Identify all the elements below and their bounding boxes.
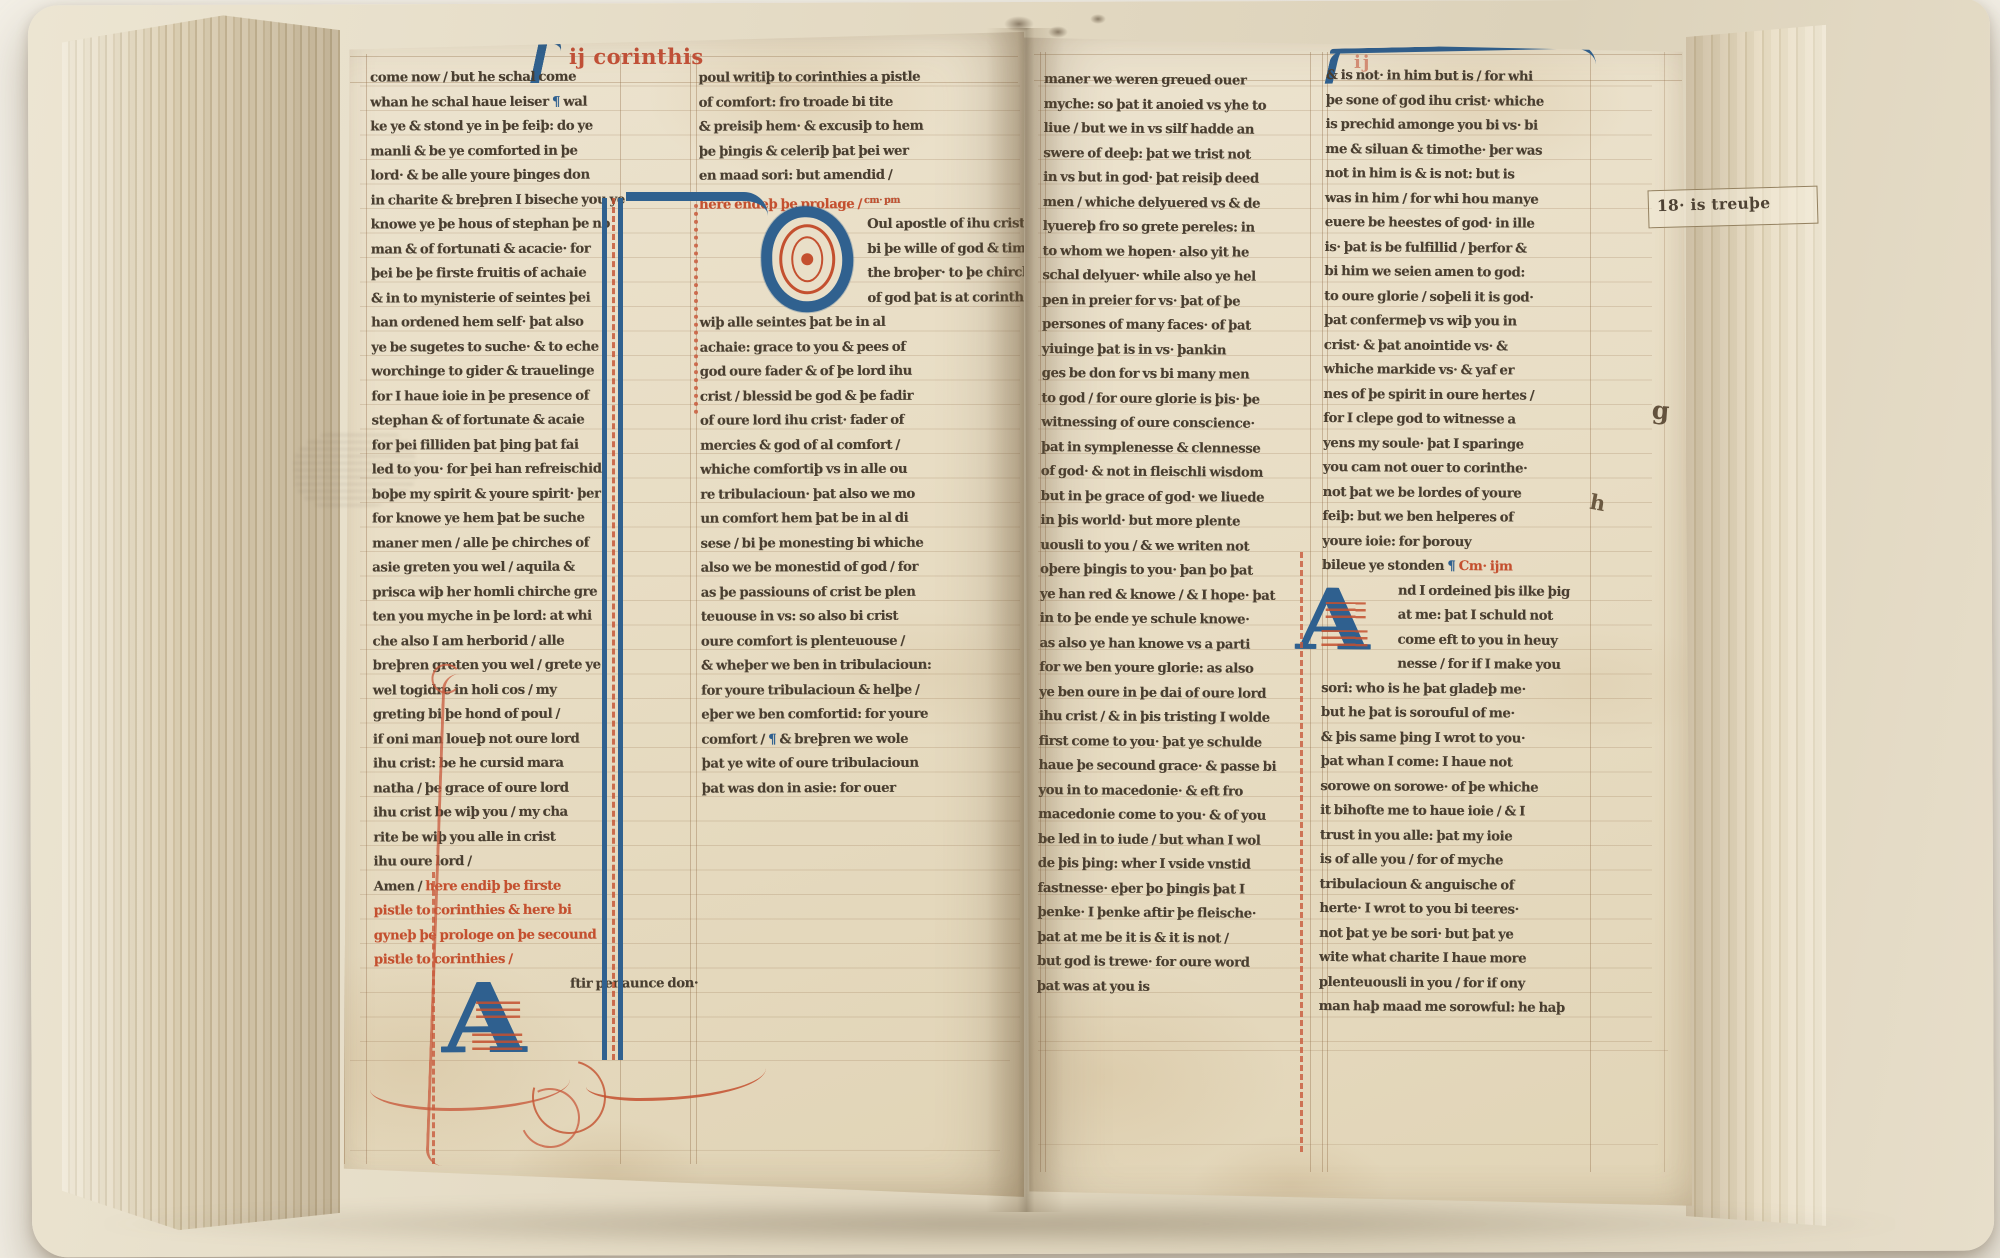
text-line: yiuinge þat is in vs· þankin (1042, 337, 1306, 364)
text-line: for youre tribulacioun & helþe / (701, 678, 1017, 704)
page-edges-left (62, 8, 340, 1240)
text-column-1a: A come now / but he schal comewhan he sc… (370, 65, 622, 997)
text-line: en maad sori: but amendid / (699, 163, 1015, 189)
text-line: for knowe ye hem þat be suche (372, 506, 620, 532)
gutter-shadow (986, 28, 1064, 1212)
foxing-speck (1048, 26, 1068, 38)
text-line: lyuereþ fro so grete pereles: in (1043, 215, 1307, 242)
text-line: trust in you alle: þat my ioie (1320, 823, 1584, 850)
text-line: maner men / alle þe chirches of (372, 531, 620, 557)
text-line: of god· & not in fleischli wisdom (1041, 460, 1305, 487)
margin-rule-bottom (1038, 1144, 1658, 1145)
text-line: rite be wiþ you alle in crist (373, 825, 621, 851)
text-line: ye han red & knowe / & I hope· þat (1040, 582, 1304, 609)
text-line: macedonie come to you· & of you (1038, 803, 1302, 830)
text-line: also we be monestid of god / for (701, 555, 1017, 581)
text-line: in charite & breþren I biseche you ye (371, 188, 619, 214)
text-line: yens my soule· þat I sparinge (1323, 431, 1587, 458)
text-line: it bihofte me to haue ioie / & I (1320, 799, 1584, 826)
text-line: þat whan I come: I haue not (1320, 750, 1584, 777)
text-line: bi þe wille of god & timo (699, 237, 1015, 263)
text-line: but he þat is sorouful of me· (1321, 701, 1585, 728)
text-line: crist· & þat anointide vs· & (1324, 333, 1588, 360)
penwork-hatch (1321, 630, 1367, 646)
text-line: be led in to iude / but whan I wol (1038, 827, 1302, 854)
text-line: þat was don in asie: for ouer (701, 776, 1017, 802)
text-line: de þis þing: wher I vside vnstid (1038, 852, 1302, 879)
text-line: whan he schal haue leiser ¶ wal (370, 90, 618, 116)
text-line: persones of many faces· of þat (1042, 313, 1306, 340)
text-line: man haþ maad me sorowful: he haþ (1318, 995, 1582, 1022)
text-line: is of alle you / for of myche (1320, 848, 1584, 875)
left-page: ij corinthis A come now / but he schal c… (330, 26, 1024, 1204)
text-line: sese / bi þe monesting bi whiche (700, 531, 1016, 557)
text-line: ges be don for vs bi many men (1041, 362, 1305, 389)
text-line: herte· I wrot to you bi teeres· (1319, 897, 1583, 924)
text-line: come now / but he schal come (370, 65, 618, 91)
text-line: was in him / for whi hou manye (1325, 186, 1589, 213)
text-line: the broþer· to þe chirche (699, 261, 1015, 287)
text-line: not þat we be lordes of youre (1323, 480, 1587, 507)
text-line: þat ye wite of oure tribulacioun (701, 751, 1017, 777)
text-line: in vs but in god· þat reisiþ deed (1043, 166, 1307, 193)
text-line: of oure lord ihu crist· fader of (700, 408, 1016, 434)
text-line: wel togidre in holi cos / my (373, 678, 621, 704)
text-line: if oni man loueþ not oure lord (373, 727, 621, 753)
penwork-line (1300, 552, 1303, 1152)
text-line: witnessing of oure conscience· (1041, 411, 1305, 438)
marginal-letter-g: g (1651, 395, 1670, 425)
text-line: þat was at you is (1037, 974, 1301, 1001)
text-line: manli & be ye comforted in þe (370, 139, 618, 165)
text-line: tribulacioun & anguische of (1319, 872, 1583, 899)
text-line: euere be heestes of god· in ille (1325, 211, 1589, 238)
text-line: þe þingis & celeriþ þat þei wer (699, 139, 1015, 165)
text-line: uousli to you / & we writen not (1040, 533, 1304, 560)
text-line: not þat ye be sori· but þat ye (1319, 921, 1583, 948)
text-line: first come to you· þat ye schulde (1039, 729, 1303, 756)
text-line: þat at me be it is & it is not / (1037, 925, 1301, 952)
text-line: whiche comfortiþ vs in alle ou (700, 457, 1016, 483)
text-line: oure comfort is plenteuouse / (701, 629, 1017, 655)
text-line: ihu crist: be he cursid mara (373, 751, 621, 777)
text-line: liue / but we in vs silf hadde an (1043, 117, 1307, 144)
initial-letter: A (1295, 572, 1368, 669)
penwork-tail-flourish (370, 1058, 590, 1162)
illuminated-initial-p (761, 206, 853, 312)
text-line: but in þe grace of god· we liuede (1041, 484, 1305, 511)
text-line: ihu oure lord / (373, 849, 621, 875)
boxed-marginal-note: 18· is treuþe (1648, 186, 1819, 229)
text-line: maner we weren greued ouer (1044, 68, 1308, 95)
text-line: sorowe on sorowe· of þe whiche (1320, 774, 1584, 801)
text-line: wiþ alle seintes þat be in al (699, 310, 1015, 336)
text-line: & in to mynisterie of seintes þei (371, 286, 619, 312)
text-line: un comfort hem þat be in al di (700, 506, 1016, 532)
text-line: che also I am herborid / alle (372, 629, 620, 655)
text-line: greting bi þe hond of poul / (373, 702, 621, 728)
text-line: man & of fortunati & acacie· for (371, 237, 619, 263)
text-line: wite what charite I haue more (1319, 946, 1583, 973)
text-column-2a: maner we weren greued ouermyche: so þat … (1037, 68, 1308, 1001)
text-line: stephan & of fortunate & acaie (371, 408, 619, 434)
text-line: ye ben oure in þe dai of oure lord (1039, 680, 1303, 707)
text-line: to oure glorie / soþeli it is god· (1324, 284, 1588, 311)
text-line: teuouse in vs: so also bi crist (701, 604, 1017, 630)
text-line: haue þe secound grace· & passe bi (1038, 754, 1302, 781)
text-line: you cam not ouer to corinthe· (1323, 456, 1587, 483)
text-line: þat confermeþ vs wiþ you in (1324, 309, 1588, 336)
text-line: as also ye han knowe vs a parti (1039, 631, 1303, 658)
text-line: poul writiþ to corinthies a pistle (698, 65, 1014, 91)
text-line: me & siluan & timothe· þer was (1325, 137, 1589, 164)
penwork-hatch (1326, 602, 1366, 618)
text-line: comfort / ¶ & breþren we wole (701, 727, 1017, 753)
text-line: natha / þe grace of oure lord (373, 776, 621, 802)
text-line: sori: who is he þat gladeþ me· (1321, 676, 1585, 703)
initial-p-bowl (761, 206, 853, 312)
text-line: you in to macedonie· & eft fro (1038, 778, 1302, 805)
text-line: þat in symplenesse & clennesse (1041, 435, 1305, 462)
text-line: is prechid amonge you bi vs· bi (1325, 113, 1589, 140)
text-line: ihu crist / & in þis tristing I wolde (1039, 705, 1303, 732)
text-line: worchinge to gider & trauelinge (371, 359, 619, 385)
text-line: & preisiþ hem· & excusiþ to hem (699, 114, 1015, 140)
foxing-speck (1090, 14, 1106, 24)
text-line: lord· & be alle youre þinges don (370, 163, 618, 189)
text-line: for I clepe god to witnesse a (1323, 407, 1587, 434)
text-line: bi him we seien amen to god: (1324, 260, 1588, 287)
text-line: feiþ: but we ben helperes of (1322, 505, 1586, 532)
text-column-1b: poul writiþ to corinthies a pistleof com… (698, 65, 1017, 801)
right-page: ij maner we weren greued ouermyche: so þ… (1024, 28, 1692, 1220)
text-line: eþer we ben comfortid: for youre (701, 702, 1017, 728)
text-line: breþren greten you wel / grete ye (373, 653, 621, 679)
column-rule (1590, 52, 1591, 1172)
text-line: myche: so þat it anoied vs yhe to (1044, 92, 1308, 119)
text-line: fastnesse· eþer þo þingis þat I (1037, 876, 1301, 903)
rubric-penwork-bar (694, 204, 698, 414)
text-line: re tribulacioun· þat also we mo (700, 482, 1016, 508)
text-line: to whom we hopen· also yit he (1042, 239, 1306, 266)
text-line: & þis same þing I wrot to you· (1321, 725, 1585, 752)
initial-p-stem (602, 198, 628, 1060)
text-line: for I haue ioie in þe presence of (371, 384, 619, 410)
text-line: youre ioie: for þorouy (1322, 529, 1586, 556)
text-line: god oure fader & of þe lord ihu (700, 359, 1016, 385)
illuminated-initial-a-chapter2: A (1299, 572, 1392, 677)
penwork-spiral (779, 224, 835, 294)
text-line: þe sone of god ihu crist· whiche (1326, 88, 1590, 115)
text-line: men / whiche delyuered vs & de (1043, 190, 1307, 217)
text-line: whiche markide vs· & yaf er (1323, 358, 1587, 385)
text-line: of god þat is at corinthi (699, 286, 1015, 312)
margin-rule-bottom (1038, 1050, 1668, 1051)
text-line: in þis world· but more plente (1040, 509, 1304, 536)
text-line: plenteuousli in you / for if ony (1319, 970, 1583, 997)
text-line: pistle to corinthies & here bi (374, 898, 622, 924)
text-line: þei be þe firste fruitis of achaie (371, 261, 619, 287)
text-line: of comfort: fro troade bi tite (699, 90, 1015, 116)
text-line: schal delyuer· while also ye hel (1042, 264, 1306, 291)
text-line: gyneþ þe prologe on þe secound (374, 923, 622, 949)
text-line: achaie: grace to you & pees of (700, 335, 1016, 361)
text-line: knowe ye þe hous of stephan þe no (371, 212, 619, 238)
text-line: ten you myche in þe lord: at whi (372, 604, 620, 630)
text-line: oþere þingis to you· þan þo þat (1040, 558, 1304, 585)
text-line: & is not· in him but is / for whi (1326, 64, 1590, 91)
text-line: & wheþer we ben in tribulacioun: (701, 653, 1017, 679)
text-line: not in him is & is not: but is (1325, 162, 1589, 189)
text-line: ihu crist be wiþ you / my cha (373, 800, 621, 826)
text-line: swere of deeþ: þat we trist not (1043, 141, 1307, 168)
text-line: han ordened hem self· þat also (371, 310, 619, 336)
text-line: as þe passiouns of crist be plen (701, 580, 1017, 606)
text-line: pen in preier for vs· þat of þe (1042, 288, 1306, 315)
text-line: to god / for oure glorie is þis· þe (1041, 386, 1305, 413)
text-line: but god is trewe· for oure word (1037, 950, 1301, 977)
text-line: in to þe ende ye schule knowe· (1040, 607, 1304, 634)
text-line: is· þat is be fulfillid / þerfor & (1324, 235, 1588, 262)
text-line: crist / blessid be god & þe fadir (700, 384, 1016, 410)
penwork-hatch (476, 1000, 520, 1018)
text-line: for we ben youre glorie: as also (1039, 656, 1303, 683)
text-line: ke ye & stond ye in þe feiþ: do ye (370, 114, 618, 140)
text-line: prisca wiþ her homli chirche gre (372, 580, 620, 606)
text-line: þenke· I þenke aftir þe fleische· (1037, 901, 1301, 928)
text-column-2b: A & is not· in him but is / for whiþe so… (1318, 64, 1589, 1022)
text-line: Amen / here endiþ þe firste (373, 874, 621, 900)
penwork-hatch (472, 1032, 522, 1050)
manuscript-photo: ij corinthis A come now / but he schal c… (0, 0, 2000, 1258)
text-line: ye be sugetes to suche· & to eche (371, 335, 619, 361)
text-line: asie greten you wel / aquila & (372, 555, 620, 581)
column-rule (366, 54, 367, 1164)
foxing-speck (1004, 16, 1034, 32)
text-line: nes of þe spirit in oure hertes / (1323, 382, 1587, 409)
text-line: mercies & god of al comfort / (700, 433, 1016, 459)
